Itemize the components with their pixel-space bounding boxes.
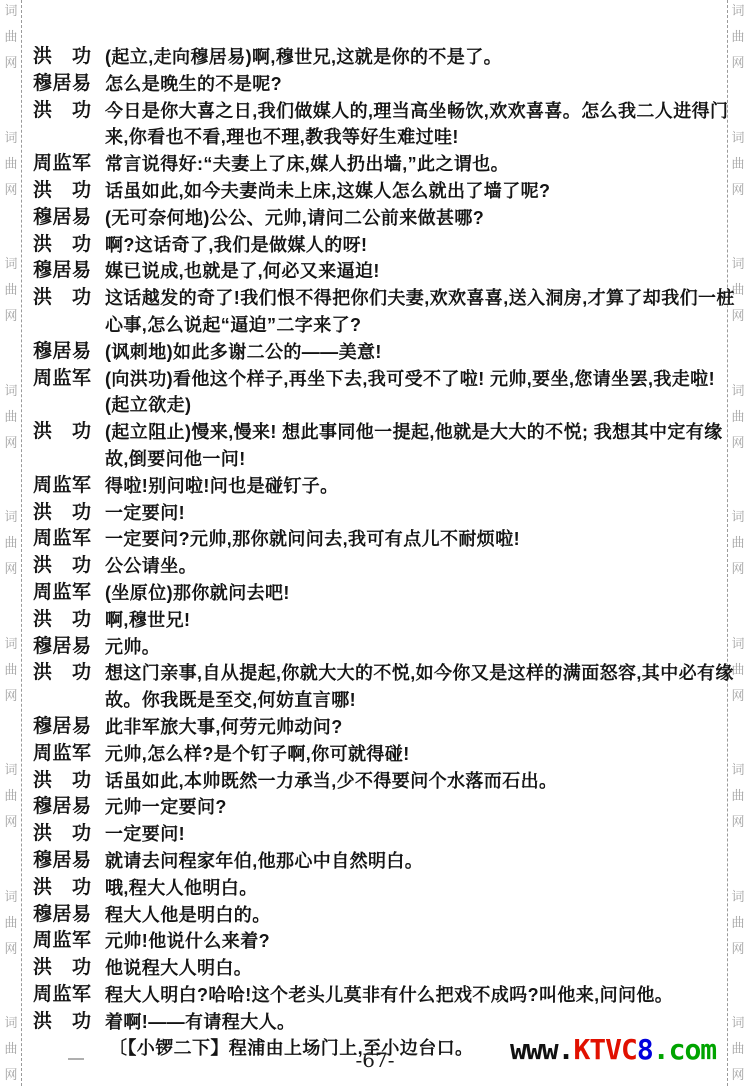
side-watermark-char: 词 bbox=[731, 510, 744, 524]
side-watermark-char: 曲 bbox=[4, 410, 17, 424]
side-watermark-char: 曲 bbox=[4, 789, 17, 803]
speaker-name: 洪 功 bbox=[33, 285, 105, 312]
dialogue-text: 得啦!别问啦!问也是碰钉子。 bbox=[105, 473, 721, 500]
script-line: 穆居易就请去问程家年伯,他那心中自然明白。 bbox=[33, 848, 721, 875]
side-watermark-char: 词 bbox=[731, 384, 744, 398]
side-watermark-group: 词曲网 bbox=[4, 763, 17, 829]
side-watermark-group: 词曲网 bbox=[731, 763, 744, 829]
script-line: 洪 功想这门亲事,自从提起,你就大大的不悦,如今你又是这样的满面怒容,其中必有缘 bbox=[33, 660, 721, 687]
site-watermark-www: www. bbox=[510, 1033, 573, 1066]
script-line: 洪 功话虽如此,本帅既然一力承当,少不得要问个水落而石出。 bbox=[33, 768, 721, 795]
speaker-name bbox=[33, 124, 105, 151]
side-watermark-char: 曲 bbox=[731, 789, 744, 803]
dialogue-text: (起立阻止)慢来,慢来! 想此事同他一提起,他就是大大的不悦; 我想其中定有缘 bbox=[105, 419, 723, 446]
dialogue-text: (起立,走向穆居易)啊,穆世兄,这就是你的不是了。 bbox=[105, 44, 721, 71]
side-watermark-char: 词 bbox=[4, 384, 17, 398]
speaker-name: 穆居易 bbox=[33, 794, 105, 821]
dialogue-text: 故。你我既是至交,何妨直言哪! bbox=[105, 687, 721, 714]
side-watermark-char: 词 bbox=[4, 637, 17, 651]
side-watermark-group: 词曲网 bbox=[731, 4, 744, 70]
dialogue-text: 啊?这话奇了,我们是做媒人的呀! bbox=[105, 232, 721, 259]
side-watermark-char: 网 bbox=[731, 815, 744, 829]
script-line: 周监军常言说得好:“夫妻上了床,媒人扔出墙,”此之谓也。 bbox=[33, 151, 721, 178]
speaker-name: 洪 功 bbox=[33, 875, 105, 902]
side-watermark-char: 词 bbox=[731, 637, 744, 651]
script-line: 周监军得啦!别问啦!问也是碰钉子。 bbox=[33, 473, 721, 500]
script-line: 周监军(向洪功)看他这个样子,再坐下去,我可受不了啦! 元帅,要坐,您请坐罢,我… bbox=[33, 366, 721, 393]
side-watermark-group: 词曲网 bbox=[731, 510, 744, 576]
side-watermark-group: 词曲网 bbox=[4, 510, 17, 576]
dialogue-text: 这话越发的奇了!我们恨不得把你们夫妻,欢欢喜喜,送入洞房,才算了却我们一桩 bbox=[105, 285, 735, 312]
script-line: 穆居易(无可奈何地)公公、元帅,请问二公前来做甚哪? bbox=[33, 205, 721, 232]
site-watermark-com: .com bbox=[653, 1033, 716, 1066]
dialogue-text: 程大人他是明白的。 bbox=[105, 902, 721, 929]
side-watermark-char: 曲 bbox=[731, 536, 744, 550]
script-line: 洪 功话虽如此,如今夫妻尚未上床,这媒人怎么就出了墙了呢? bbox=[33, 178, 721, 205]
dialogue-text: 怎么是晚生的不是呢? bbox=[105, 71, 721, 98]
script-line: 洪 功今日是你大喜之日,我们做媒人的,理当高坐畅饮,欢欢喜喜。怎么我二人进得门 bbox=[33, 98, 721, 125]
dialogue-text: 来,你看也不看,理也不理,教我等好生难过哇! bbox=[105, 124, 721, 151]
script-line: 穆居易元帅一定要问? bbox=[33, 794, 721, 821]
side-watermark-char: 曲 bbox=[731, 410, 744, 424]
side-watermark-char: 词 bbox=[4, 131, 17, 145]
dialogue-text: 心事,怎么说起“逼迫”二字来了? bbox=[105, 312, 721, 339]
side-watermark-char: 词 bbox=[4, 1016, 17, 1030]
dashed-border-left bbox=[21, 0, 22, 1086]
dialogue-text: 就请去问程家年伯,他那心中自然明白。 bbox=[105, 848, 721, 875]
side-watermark-char: 词 bbox=[4, 4, 17, 18]
side-watermark-char: 网 bbox=[4, 183, 17, 197]
dialogue-text: 元帅,怎么样?是个钉子啊,你可就得碰! bbox=[105, 741, 721, 768]
script-line: 洪 功公公请坐。 bbox=[33, 553, 721, 580]
speaker-name: 周监军 bbox=[33, 928, 105, 955]
speaker-name: 洪 功 bbox=[33, 500, 105, 527]
dialogue-text: 此非军旅大事,何劳元帅动问? bbox=[105, 714, 721, 741]
side-watermark-group: 词曲网 bbox=[4, 131, 17, 197]
side-watermark-group: 词曲网 bbox=[4, 384, 17, 450]
script-line: 洪 功啊,穆世兄! bbox=[33, 607, 721, 634]
side-watermark-char: 词 bbox=[731, 763, 744, 777]
side-watermark-char: 网 bbox=[4, 689, 17, 703]
speaker-name: 穆居易 bbox=[33, 902, 105, 929]
side-watermark-group: 词曲网 bbox=[731, 890, 744, 956]
script-line: 故,倒要问他一问! bbox=[33, 446, 721, 473]
dialogue-text: (讽刺地)如此多谢二公的——美意! bbox=[105, 339, 721, 366]
dashed-border-right bbox=[727, 0, 728, 1086]
side-watermark-char: 词 bbox=[4, 763, 17, 777]
dialogue-text: (坐原位)那你就问去吧! bbox=[105, 580, 721, 607]
speaker-name: 洪 功 bbox=[33, 821, 105, 848]
dialogue-text: 一定要问! bbox=[105, 821, 721, 848]
side-watermark-char: 曲 bbox=[731, 157, 744, 171]
speaker-name: 穆居易 bbox=[33, 714, 105, 741]
side-watermark-char: 词 bbox=[731, 131, 744, 145]
script-line: 洪 功哦,程大人他明白。 bbox=[33, 875, 721, 902]
speaker-name: 穆居易 bbox=[33, 848, 105, 875]
side-watermark-char: 网 bbox=[731, 183, 744, 197]
script-line: 穆居易元帅。 bbox=[33, 634, 721, 661]
script-text-area: 洪 功(起立,走向穆居易)啊,穆世兄,这就是你的不是了。穆居易怎么是晚生的不是呢… bbox=[33, 44, 721, 1062]
script-page: { "page": { "number_label": "-67-" }, "c… bbox=[0, 0, 750, 1086]
dialogue-text: 故,倒要问他一问! bbox=[105, 446, 721, 473]
site-watermark-ktvc: KTVC bbox=[573, 1033, 636, 1066]
dialogue-text: (无可奈何地)公公、元帅,请问二公前来做甚哪? bbox=[105, 205, 721, 232]
speaker-name: 洪 功 bbox=[33, 232, 105, 259]
speaker-name: 周监军 bbox=[33, 151, 105, 178]
script-line: 洪 功着啊!——有请程大人。 bbox=[33, 1009, 721, 1036]
speaker-name: 洪 功 bbox=[33, 553, 105, 580]
site-watermark: www.KTVC8.com bbox=[510, 1033, 716, 1066]
script-line: 故。你我既是至交,何妨直言哪! bbox=[33, 687, 721, 714]
script-line: 周监军元帅,怎么样?是个钉子啊,你可就得碰! bbox=[33, 741, 721, 768]
speaker-name: 周监军 bbox=[33, 580, 105, 607]
speaker-name: 洪 功 bbox=[33, 768, 105, 795]
dialogue-text: 媒已说成,也就是了,何必又来逼迫! bbox=[105, 258, 721, 285]
side-watermark-group: 词曲网 bbox=[4, 637, 17, 703]
side-watermark-group: 词曲网 bbox=[731, 384, 744, 450]
right-watermark-column: 词曲网词曲网词曲网词曲网词曲网词曲网词曲网词曲网词曲网 bbox=[729, 4, 747, 1082]
speaker-name: 洪 功 bbox=[33, 955, 105, 982]
speaker-name: 周监军 bbox=[33, 473, 105, 500]
speaker-name: 周监军 bbox=[33, 982, 105, 1009]
side-watermark-char: 词 bbox=[4, 510, 17, 524]
speaker-name: 洪 功 bbox=[33, 607, 105, 634]
side-watermark-char: 词 bbox=[731, 890, 744, 904]
speaker-name: 穆居易 bbox=[33, 339, 105, 366]
side-watermark-group: 词曲网 bbox=[4, 4, 17, 70]
side-watermark-char: 网 bbox=[4, 942, 17, 956]
script-line: 洪 功啊?这话奇了,我们是做媒人的呀! bbox=[33, 232, 721, 259]
site-watermark-8: 8 bbox=[637, 1033, 653, 1066]
dialogue-text: 着啊!——有请程大人。 bbox=[105, 1009, 721, 1036]
script-line: 周监军(坐原位)那你就问去吧! bbox=[33, 580, 721, 607]
side-watermark-char: 曲 bbox=[4, 663, 17, 677]
dialogue-text: 元帅一定要问? bbox=[105, 794, 721, 821]
side-watermark-char: 词 bbox=[731, 1016, 744, 1030]
script-line: 穆居易媒已说成,也就是了,何必又来逼迫! bbox=[33, 258, 721, 285]
side-watermark-group: 词曲网 bbox=[4, 257, 17, 323]
left-watermark-column: 词曲网词曲网词曲网词曲网词曲网词曲网词曲网词曲网词曲网 bbox=[2, 4, 20, 1082]
speaker-name bbox=[33, 392, 105, 419]
dialogue-text: 话虽如此,如今夫妻尚未上床,这媒人怎么就出了墙了呢? bbox=[105, 178, 721, 205]
side-watermark-char: 曲 bbox=[4, 536, 17, 550]
side-watermark-char: 词 bbox=[731, 4, 744, 18]
speaker-name bbox=[33, 446, 105, 473]
side-watermark-char: 曲 bbox=[4, 283, 17, 297]
side-watermark-char: 曲 bbox=[731, 916, 744, 930]
side-watermark-char: 曲 bbox=[4, 916, 17, 930]
side-watermark-char: 网 bbox=[731, 562, 744, 576]
script-line: 周监军程大人明白?哈哈!这个老头儿莫非有什么把戏不成吗?叫他来,问问他。 bbox=[33, 982, 721, 1009]
dialogue-text: 啊,穆世兄! bbox=[105, 607, 721, 634]
script-line: 来,你看也不看,理也不理,教我等好生难过哇! bbox=[33, 124, 721, 151]
speaker-name: 洪 功 bbox=[33, 98, 105, 125]
script-line: 洪 功这话越发的奇了!我们恨不得把你们夫妻,欢欢喜喜,送入洞房,才算了却我们一桩 bbox=[33, 285, 721, 312]
dialogue-text: 公公请坐。 bbox=[105, 553, 721, 580]
side-watermark-char: 网 bbox=[731, 689, 744, 703]
dialogue-text: 一定要问! bbox=[105, 500, 721, 527]
speaker-name: 洪 功 bbox=[33, 660, 105, 687]
side-watermark-group: 词曲网 bbox=[731, 131, 744, 197]
speaker-name bbox=[33, 687, 105, 714]
dialogue-text: 一定要问?元帅,那你就问问去,我可有点儿不耐烦啦! bbox=[105, 526, 721, 553]
side-watermark-char: 网 bbox=[4, 815, 17, 829]
side-watermark-char: 词 bbox=[731, 257, 744, 271]
speaker-name: 洪 功 bbox=[33, 419, 105, 446]
speaker-name: 周监军 bbox=[33, 366, 105, 393]
side-watermark-char: 网 bbox=[4, 56, 17, 70]
script-line: 洪 功一定要问! bbox=[33, 821, 721, 848]
script-line: 周监军一定要问?元帅,那你就问问去,我可有点儿不耐烦啦! bbox=[33, 526, 721, 553]
side-watermark-char: 网 bbox=[4, 562, 17, 576]
script-line: 洪 功他说程大人明白。 bbox=[33, 955, 721, 982]
side-watermark-char: 曲 bbox=[4, 30, 17, 44]
side-watermark-char: 网 bbox=[4, 309, 17, 323]
dialogue-text: 元帅。 bbox=[105, 634, 721, 661]
dialogue-text: 哦,程大人他明白。 bbox=[105, 875, 721, 902]
side-watermark-char: 词 bbox=[4, 890, 17, 904]
dialogue-text: 常言说得好:“夫妻上了床,媒人扔出墙,”此之谓也。 bbox=[105, 151, 721, 178]
speaker-name: 周监军 bbox=[33, 741, 105, 768]
dialogue-text: 程大人明白?哈哈!这个老头儿莫非有什么把戏不成吗?叫他来,问问他。 bbox=[105, 982, 721, 1009]
dialogue-text: (起立欲走) bbox=[105, 392, 721, 419]
speaker-name: 穆居易 bbox=[33, 205, 105, 232]
dialogue-text: 元帅!他说什么来着? bbox=[105, 928, 721, 955]
script-line: 穆居易怎么是晚生的不是呢? bbox=[33, 71, 721, 98]
dialogue-text: 他说程大人明白。 bbox=[105, 955, 721, 982]
dialogue-text: 话虽如此,本帅既然一力承当,少不得要问个水落而石出。 bbox=[105, 768, 721, 795]
script-line: 洪 功(起立,走向穆居易)啊,穆世兄,这就是你的不是了。 bbox=[33, 44, 721, 71]
side-watermark-char: 曲 bbox=[4, 157, 17, 171]
speaker-name: 穆居易 bbox=[33, 258, 105, 285]
script-line: 心事,怎么说起“逼迫”二字来了? bbox=[33, 312, 721, 339]
script-line: 穆居易(讽刺地)如此多谢二公的——美意! bbox=[33, 339, 721, 366]
side-watermark-char: 网 bbox=[731, 56, 744, 70]
dialogue-text: 今日是你大喜之日,我们做媒人的,理当高坐畅饮,欢欢喜喜。怎么我二人进得门 bbox=[105, 98, 728, 125]
speaker-name: 洪 功 bbox=[33, 44, 105, 71]
side-watermark-group: 词曲网 bbox=[4, 890, 17, 956]
dialogue-text: 想这门亲事,自从提起,你就大大的不悦,如今你又是这样的满面怒容,其中必有缘 bbox=[105, 660, 734, 687]
speaker-name: 洪 功 bbox=[33, 1009, 105, 1036]
script-line: 周监军元帅!他说什么来着? bbox=[33, 928, 721, 955]
script-line: 洪 功(起立阻止)慢来,慢来! 想此事同他一提起,他就是大大的不悦; 我想其中定… bbox=[33, 419, 721, 446]
dialogue-text: (向洪功)看他这个样子,再坐下去,我可受不了啦! 元帅,要坐,您请坐罢,我走啦! bbox=[105, 366, 721, 393]
speaker-name: 洪 功 bbox=[33, 178, 105, 205]
side-watermark-char: 网 bbox=[4, 436, 17, 450]
script-line: 洪 功一定要问! bbox=[33, 500, 721, 527]
script-line: 穆居易程大人他是明白的。 bbox=[33, 902, 721, 929]
script-line: (起立欲走) bbox=[33, 392, 721, 419]
side-watermark-char: 网 bbox=[731, 436, 744, 450]
side-watermark-char: 词 bbox=[4, 257, 17, 271]
speaker-name: 周监军 bbox=[33, 526, 105, 553]
speaker-name: 穆居易 bbox=[33, 71, 105, 98]
speaker-name bbox=[33, 312, 105, 339]
script-line: 穆居易此非军旅大事,何劳元帅动问? bbox=[33, 714, 721, 741]
stray-print-mark bbox=[68, 1058, 84, 1060]
side-watermark-char: 曲 bbox=[731, 30, 744, 44]
side-watermark-char: 网 bbox=[731, 942, 744, 956]
speaker-name: 穆居易 bbox=[33, 634, 105, 661]
